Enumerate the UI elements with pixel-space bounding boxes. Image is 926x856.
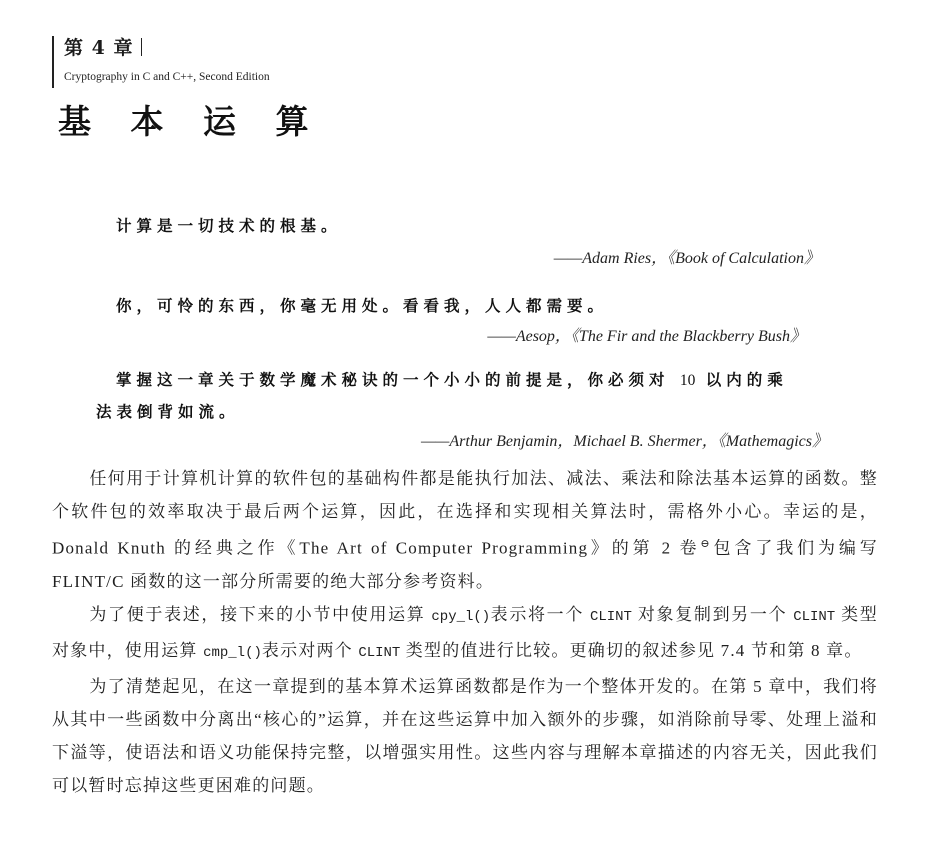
paragraph-2: 为了便于表述，接下来的小节中使用运算 cpy_l()表示将一个 CLINT 对象…	[52, 598, 878, 670]
code-clint: CLINT	[590, 609, 632, 625]
p2-text-b: 表示将一个	[490, 605, 590, 624]
epigraph-1: ——Adam Ries，《Book of Calculation》	[0, 245, 820, 269]
epigraph-2: ——Aesop，《The Fir and the Blackberry Bush…	[0, 323, 806, 347]
body-text: 任何用于计算机计算的软件包的基础构件都是能执行加法、减法、乘法和除法基本运算的函…	[52, 462, 878, 802]
book-series-title: Cryptography in C and C++, Second Editio…	[64, 68, 270, 86]
footnote-marker[interactable]: ⊖	[700, 538, 710, 550]
chapter-header: 第 4 章 Cryptography in C and C++, Second …	[52, 36, 270, 88]
epigraph-2-attribution: ——Aesop，《The Fir and the Blackberry Bush…	[487, 323, 806, 346]
p2-text-c: 对象复制到另一个	[632, 605, 793, 624]
epigraph-3-number: 10	[680, 372, 696, 389]
epigraph-3-text-b: 以内的乘	[695, 370, 787, 389]
epigraph-1-attribution: ——Adam Ries，《Book of Calculation》	[554, 245, 820, 268]
code-cmp-l: cmp_l()	[203, 645, 262, 661]
epigraph-3-line-2: 法表倒背如流。	[96, 400, 240, 422]
paragraph-3: 为了清楚起见，在这一章提到的基本算术运算函数都是作为一个整体开发的。在第 5 章…	[52, 670, 878, 802]
code-clint: CLINT	[358, 645, 400, 661]
epigraph-3-attribution: ——Arthur Benjamin，Michael B. Shermer，《Ma…	[421, 428, 828, 451]
chapter-number-label: 第 4 章	[64, 37, 133, 59]
chapter-title: 基 本 运 算	[58, 96, 322, 143]
chapter-divider	[141, 38, 142, 56]
epigraph-2-text: 你，可怜的东西，你毫无用处。看看我，人人都需要。	[116, 294, 608, 316]
epigraph-3: ——Arthur Benjamin，Michael B. Shermer，《Ma…	[0, 428, 828, 452]
p2-text-e: 表示对两个	[262, 641, 358, 660]
epigraph-3-line-1: 掌握这一章关于数学魔术秘诀的一个小小的前提是，你必须对 10 以内的乘	[116, 368, 788, 390]
epigraph-3-text-a: 掌握这一章关于数学魔术秘诀的一个小小的前提是，你必须对	[116, 370, 680, 389]
chapter-number: 第 4 章	[64, 36, 270, 60]
p2-text-a: 为了便于表述，接下来的小节中使用运算	[89, 605, 431, 624]
epigraph-1-text: 计算是一切技术的根基。	[116, 214, 342, 236]
paragraph-1: 任何用于计算机计算的软件包的基础构件都是能执行加法、减法、乘法和除法基本运算的函…	[52, 462, 878, 598]
code-clint: CLINT	[793, 609, 835, 625]
p2-text-f: 类型的值进行比较。更确切的叙述参见 7.4 节和第 8 章。	[400, 641, 862, 660]
code-cpy-l: cpy_l()	[431, 609, 490, 625]
